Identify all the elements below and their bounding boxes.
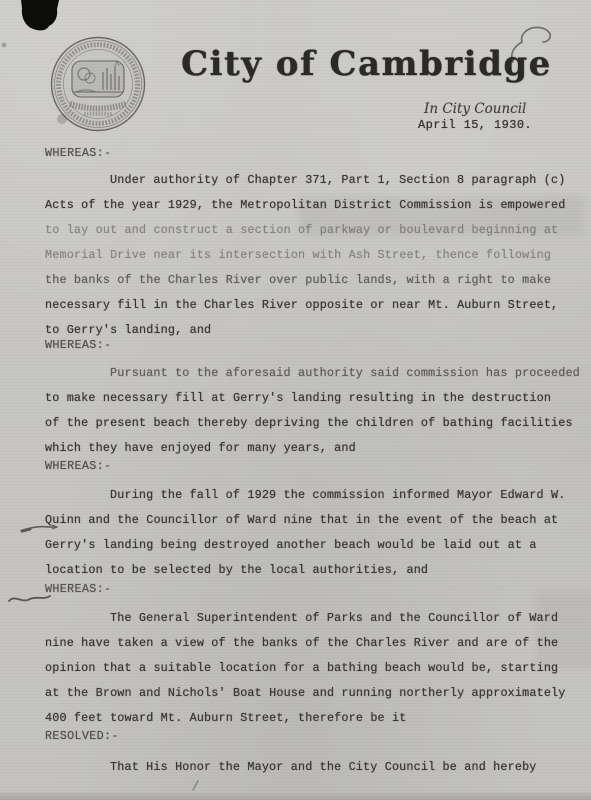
paragraph-2: Pursuant to the aforesaid authority said…	[45, 361, 575, 461]
pencil-squiggle-mark	[9, 596, 50, 601]
text-line: to lay out and construct a section of pa…	[45, 218, 575, 243]
city-of-cambridge-seal-icon	[52, 38, 145, 131]
text-line: 400 feet toward Mt. Auburn Street, there…	[45, 706, 575, 731]
text-line: location to be selected by the local aut…	[45, 558, 575, 583]
paragraph-4: The General Superintendent of Parks and …	[45, 606, 575, 731]
text-line: Quinn and the Councillor of Ward nine th…	[45, 508, 575, 533]
whereas-heading-1: WHEREAS:-	[45, 146, 575, 160]
text-line: Memorial Drive near its intersection wit…	[45, 243, 575, 268]
text-line: Acts of the year 1929, the Metropolitan …	[45, 193, 575, 218]
paragraph-3: During the fall of 1929 the commission i…	[45, 483, 575, 583]
whereas-heading-3: WHEREAS:-	[45, 459, 575, 473]
text-line: Pursuant to the aforesaid authority said…	[45, 361, 575, 386]
text-line: necessary fill in the Charles River oppo…	[45, 293, 575, 318]
text-line: nine have taken a view of the banks of t…	[45, 631, 575, 656]
page-bottom-edge-shadow	[0, 792, 591, 800]
text-line: at the Brown and Nichols' Boat House and…	[45, 681, 575, 706]
text-line: During the fall of 1929 the commission i…	[45, 483, 575, 508]
text-line: to make necessary fill at Gerry's landin…	[45, 386, 575, 411]
text-line: That His Honor the Mayor and the City Co…	[45, 755, 575, 780]
paragraph-1: Under authority of Chapter 371, Part 1, …	[45, 168, 575, 343]
ink-blot	[21, 0, 59, 30]
council-session-label: In City Council	[424, 101, 526, 117]
text-line: which they have enjoyed for many years, …	[45, 436, 575, 461]
resolved-heading: RESOLVED:-	[45, 729, 575, 743]
paragraph-5: That His Honor the Mayor and the City Co…	[45, 755, 575, 780]
text-line: The General Superintendent of Parks and …	[45, 606, 575, 631]
whereas-heading-2: WHEREAS:-	[45, 338, 575, 352]
pencil-slash-mark	[193, 781, 198, 790]
text-line: of the present beach thereby depriving t…	[45, 411, 575, 436]
whereas-heading-4: WHEREAS:-	[45, 582, 575, 596]
ink-speck	[2, 43, 7, 48]
text-line: opinion that a suitable location for a b…	[45, 656, 575, 681]
text-line: Gerry's landing being destroyed another …	[45, 533, 575, 558]
text-line: Under authority of Chapter 371, Part 1, …	[45, 168, 575, 193]
letterhead-title: City of Cambridge	[181, 44, 552, 84]
date-line: April 15, 1930.	[418, 118, 532, 132]
scanned-document-page: City of Cambridge In City Council April …	[0, 0, 591, 800]
text-line: the banks of the Charles River over publ…	[45, 268, 575, 293]
